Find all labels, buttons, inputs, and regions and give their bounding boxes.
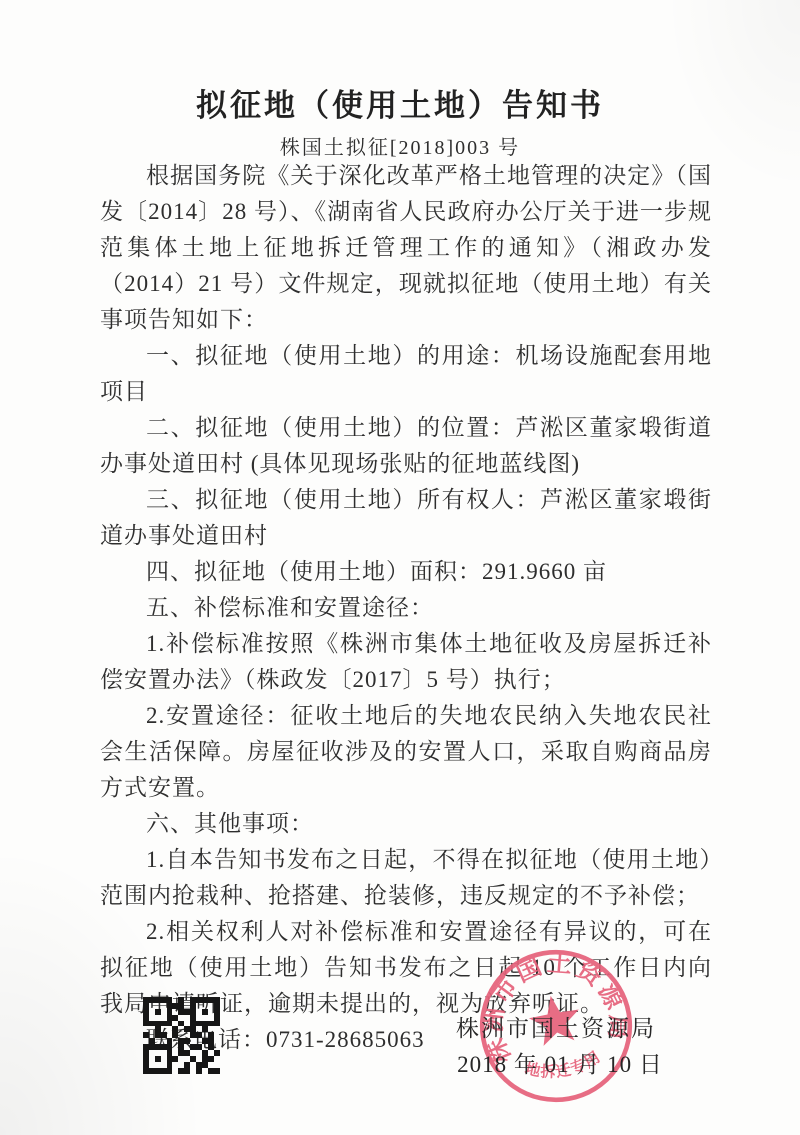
paragraph: 1.补偿标准按照《株洲市集体土地征收及房屋拆迁补偿安置办法》（株政发〔2017〕…: [100, 626, 712, 698]
document-title: 拟征地（使用土地）告知书: [0, 80, 800, 125]
paragraph: 五、补偿标准和安置途径：: [100, 590, 712, 626]
paragraph: 一、拟征地（使用土地）的用途：机场设施配套用地项目: [100, 338, 712, 410]
paragraph: 四、拟征地（使用土地）面积：291.9660 亩: [100, 554, 712, 590]
qr-code: [143, 997, 220, 1074]
document-number: 株国土拟征[2018]003 号: [0, 131, 800, 160]
paragraph: 三、拟征地（使用土地）所有权人：芦淞区董家塅街道办事处道田村: [100, 482, 712, 554]
document-body: 根据国务院《关于深化改革严格土地管理的决定》（国发〔2014〕28 号）、《湖南…: [100, 158, 712, 1058]
paragraph: 六、其他事项：: [100, 806, 712, 842]
issue-date: 2018 年 01 月 10 日: [442, 1046, 678, 1079]
paragraph: 1.自本告知书发布之日起，不得在拟征地（使用土地）范围内抢栽种、抢搭建、抢装修，…: [100, 842, 712, 914]
paragraph: 2.安置途径：征收土地后的失地农民纳入失地农民社会生活保障。房屋征收涉及的安置人…: [100, 698, 712, 806]
scanned-document-page: 拟征地（使用土地）告知书 株国土拟征[2018]003 号 根据国务院《关于深化…: [0, 0, 800, 1135]
paragraph: 二、拟征地（使用土地）的位置：芦淞区董家塅街道办事处道田村 (具体见现场张贴的征…: [100, 410, 712, 482]
qr-module: [214, 1068, 220, 1074]
paragraph: 根据国务院《关于深化改革严格土地管理的决定》（国发〔2014〕28 号）、《湖南…: [100, 158, 712, 338]
issuer-name: 株洲市国土资源局: [448, 1010, 664, 1043]
